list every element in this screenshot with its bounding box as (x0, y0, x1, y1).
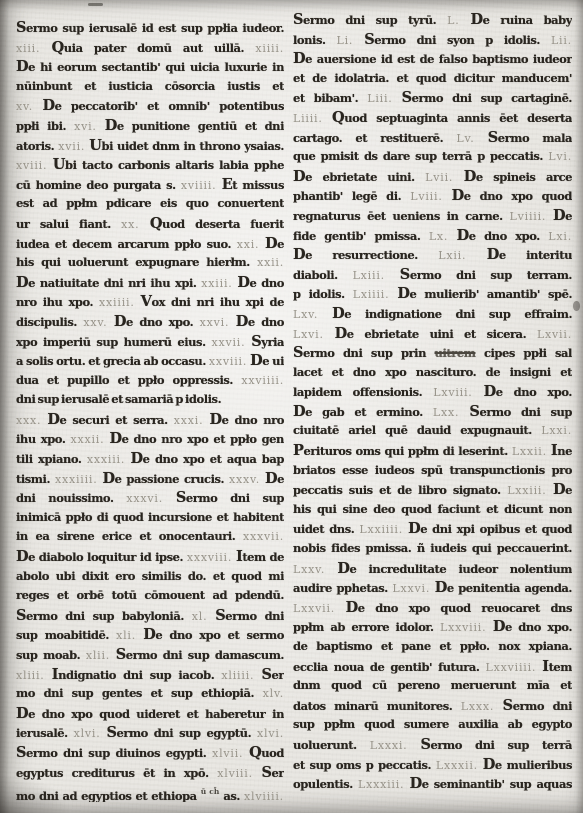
text-line: atoris. xvii. Ubi uidet dnm in throno ys… (16, 136, 284, 156)
text-segment: Indignatio dni sup iacob. (52, 668, 215, 682)
text-segment: Sermo dni sup damascum. (116, 648, 284, 662)
initial-capital: D (487, 246, 499, 263)
text-line: ppłm ab errore idolor. Lxxviii. De dno x… (293, 617, 572, 637)
initial-capital: D (16, 58, 28, 75)
text-line: Perituros oms qui ppłm di leserint. Lxxi… (293, 441, 572, 461)
text-segment: Sermo dni (215, 609, 284, 623)
initial-capital: S (400, 266, 410, 283)
chapter-numeral: xxxvi. (126, 492, 163, 505)
initial-capital: D (493, 618, 505, 635)
initial-capital: D (250, 352, 262, 369)
chapter-numeral: xxx. (16, 414, 41, 427)
text-line: ierusalē. xlvi. Sermo dni sup egyptū. xl… (16, 723, 284, 743)
text-segment: inimicā ppło di quod incursione et habit… (16, 510, 284, 524)
chapter-numeral: Lxxiii. (507, 484, 546, 497)
text-segment: in ea sirene erice et onocentauri. (16, 529, 235, 543)
chapter-numeral: xxvii. (211, 336, 245, 349)
text-line: dni nouissimo. xxxvi. Sermo dni sup baby… (16, 488, 284, 508)
initial-capital: D (16, 274, 28, 291)
initial-capital: D (42, 97, 54, 114)
text-segment: De (553, 483, 572, 497)
text-segment: ciuitatē ariel quē dauid expugnauit. (293, 423, 532, 437)
chapter-numeral: Lxiiii. (353, 288, 390, 301)
text-segment: atoris. (16, 139, 54, 153)
text-segment: sup moabitidē. (16, 628, 109, 642)
initial-capital: D (484, 383, 496, 400)
initial-capital: S (106, 724, 116, 741)
text-line: De ebrietate uini. Lvii. De spineis arce (293, 167, 572, 187)
chapter-numeral: xliiii. (221, 669, 254, 682)
chapter-numeral: L. (447, 14, 459, 27)
initial-capital: D (293, 246, 305, 263)
chapter-numeral: Lxviii. (433, 386, 472, 399)
text-segment: et bibam'. (293, 91, 358, 105)
initial-capital: D (470, 11, 482, 28)
text-segment: Ubi tacto carbonis altaris labia pphe (53, 158, 284, 172)
text-line: ciuitatē ariel quē dauid expugnauit. Lxx… (293, 421, 572, 441)
struck-word: uitrem (435, 346, 476, 360)
text-segment: De dno xpo. (484, 385, 572, 399)
text-segment: Item (542, 660, 572, 674)
chapter-numeral: xxiii. (201, 277, 232, 290)
text-segment: De ebrietate uini. (293, 170, 415, 184)
text-segment: regnaturus ēet ueniens in carne. (293, 209, 503, 223)
text-segment: De passione crucis. (103, 472, 225, 486)
initial-capital: V (141, 293, 152, 310)
chapter-numeral: Lxiii. (353, 269, 385, 282)
text-line: lacet et dno xpo nascituro. de insigni e… (293, 363, 572, 383)
chapter-numeral: Li. (337, 34, 354, 47)
text-segment: ur salui fiant. (16, 217, 111, 231)
text-segment: abolo ubi dixit ero similis do. et quod … (16, 569, 284, 583)
text-segment: phantib' legē di. (293, 189, 401, 203)
text-segment: Sermo dni sup prin (293, 346, 426, 360)
text-segment: Sermo dni sup tyrū. (293, 13, 436, 27)
chapter-numeral: xviii. (16, 159, 47, 172)
chapter-numeral: xxxvii. (243, 530, 284, 543)
text-line: tili xpiano. xxxiii. De dno xpo et aqua … (16, 449, 284, 469)
text-line: Sermo dni sup babyloniā. xl. Sermo dni (16, 606, 284, 626)
chapter-numeral: xlvi. (74, 727, 101, 740)
chapter-numeral: Lxxviiii. (486, 661, 537, 674)
chapter-numeral: Lx. (429, 230, 448, 243)
initial-capital: D (105, 117, 117, 134)
text-segment: Ser (261, 766, 284, 780)
text-segment: que pmisit ds dare sup terrā p peccatis. (293, 149, 543, 163)
text-segment: De dno xpo. (114, 315, 193, 329)
chapter-numeral: xl. (192, 610, 208, 623)
initial-capital: D (47, 411, 59, 428)
text-line: datos minarū munitores. Lxxx. Sermo dni (293, 696, 572, 716)
chapter-numeral: xv. (16, 100, 33, 113)
initial-capital: D (237, 274, 249, 291)
text-line: briatos esse iudeos spū transpunctionis … (293, 461, 572, 481)
text-segment: uidet dns. (293, 522, 354, 536)
initial-capital: D (553, 207, 565, 224)
chapter-numeral: Lvi. (548, 150, 572, 163)
initial-capital: D (143, 626, 155, 643)
text-line: sup moabitidē. xli. De dno xpo et sermo (16, 625, 284, 645)
text-segment: fide gentib' pmissa. (293, 229, 420, 243)
text-line: xpo imperiū sup humerū eius. xxvii. Syri… (16, 332, 284, 352)
chapter-numeral: Lvii. (425, 171, 453, 184)
text-segment: De dno nro xpo et ppło gen (109, 432, 284, 446)
initial-capital: S (488, 129, 498, 146)
text-segment: De dno xpo quod uideret et haberetur in (16, 707, 284, 721)
text-line: et sup oms p peccatis. Lxxxii. De mulier… (293, 755, 572, 775)
text-segment: ecclia noua de gentib' futura. (293, 660, 479, 674)
initial-capital: D (335, 325, 347, 342)
text-segment: diaboli. (293, 268, 338, 282)
text-segment: ierusalē. (16, 726, 68, 740)
initial-capital: S (402, 89, 412, 106)
initial-capital: S (176, 489, 186, 506)
text-segment: lapidem offensionis. (293, 385, 422, 399)
chapter-numeral: xxviii. (209, 355, 247, 368)
scan-artifact (88, 3, 103, 6)
text-segment: De ruina baby (470, 13, 572, 27)
text-line: dua et pupillo et ppło oppressis. xxviii… (16, 371, 284, 391)
initial-capital: S (251, 333, 261, 350)
text-line: in ea sirene erice et onocentauri. xxxvi… (16, 527, 284, 547)
chapter-numeral: Lxxx. (461, 700, 494, 713)
text-line: reges et orbē totū cōmouent ad pdendū. x… (16, 586, 284, 606)
text-line: Lxv. De indignatione dni sup effraim. (293, 304, 572, 324)
chapter-numeral: xxxv. (229, 473, 260, 486)
initial-capital: S (16, 607, 26, 624)
text-line: audire pphetas. Lxxvi. De penitentia age… (293, 578, 572, 598)
text-segment: as. (223, 789, 240, 802)
text-line: lapidem offensionis. Lxviii. De dno xpo.… (293, 382, 572, 402)
text-line: Sermo sup ierusalē id est sup ppłia iude… (16, 18, 284, 38)
initial-capital: S (293, 11, 303, 28)
text-segment: De dno nro (209, 413, 284, 427)
text-line: lonis. Li. Sermo dni syon p idolis. Lii. (293, 30, 572, 50)
scan-artifact (0, 0, 11, 813)
initial-capital: D (457, 227, 469, 244)
initial-capital: D (293, 168, 305, 185)
text-line: Lxxv. De incredulitate iudeor nolentium (293, 559, 572, 579)
initial-capital: U (53, 156, 65, 173)
chapter-numeral: Lxxxiii. (358, 778, 404, 791)
text-segment: De indignatione dni sup effraim. (332, 307, 572, 321)
text-line: ecclia noua de gentib' futura. Lxxviiii.… (293, 657, 572, 677)
initial-capital: D (109, 430, 121, 447)
text-segment: nro ihu xpo. (16, 295, 93, 309)
text-segment: est ad ppłm pdicare eis quo conuertent (16, 196, 284, 210)
chapter-numeral: Lxxvi. (392, 582, 430, 595)
text-segment: et de idolatria. et quod dicitur manduce… (293, 71, 572, 85)
text-segment: p idolis. (293, 287, 345, 301)
chapter-numeral: Liiii. (293, 112, 323, 125)
initial-capital: D (114, 313, 126, 330)
chapter-numeral: Lxii. (438, 249, 466, 262)
initial-capital: Q (150, 215, 162, 232)
text-line: fide gentib' pmissa. Lx. De dno xpo. Lxi… (293, 226, 572, 246)
text-segment: his qui uoluerunt expugnare hierłm. (16, 255, 250, 269)
chapter-numeral: xvii. (58, 140, 85, 153)
initial-capital: S (261, 666, 271, 683)
text-line: diaboli. Lxiii. Sermo dni sup terram. (293, 265, 572, 285)
text-segment: De securi et serra. (47, 413, 167, 427)
text-segment: Sermo dni syon p idolis. (364, 33, 540, 47)
initial-capital: D (209, 411, 221, 428)
text-line: De resurrectione. Lxii. De interitu (293, 245, 572, 265)
text-segment: de baptismo et pane et ppło. nox xpiana. (293, 639, 572, 653)
text-line: De gab et ermino. Lxx. Sermo dni sup (293, 402, 572, 422)
chapter-numeral: Lxxv. (293, 563, 325, 576)
initial-capital: Q (332, 109, 344, 126)
text-segment: De dno xpo et sermo (143, 628, 284, 642)
text-segment: Quod septuaginta annis ēet deserta (332, 111, 572, 125)
text-segment: De gab et ermino. (293, 405, 423, 419)
initial-capital: D (553, 481, 565, 498)
initial-capital: S (469, 403, 479, 420)
chapter-numeral: xxi. (237, 238, 260, 251)
text-line: De auersione id est de falso baptismo iu… (293, 49, 572, 69)
text-line: his qui uoluerunt expugnare hierłm. xxii… (16, 253, 284, 273)
chapter-numeral: xlvii. (212, 747, 243, 760)
text-line: inimicā ppło di quod incursione et habit… (16, 508, 284, 528)
text-segment: Sermo dni sup babyloniā. (16, 609, 184, 623)
text-line: nro ihu xpo. xxiiii. Vox dni nri ihu xpi… (16, 292, 284, 312)
text-line: tismi. xxxiiii. De passione crucis. xxxv… (16, 469, 284, 489)
text-line: xviii. Ubi tacto carbonis altaris labia … (16, 155, 284, 175)
text-line: ihu xpo. xxxii. De dno nro xpo et ppło g… (16, 429, 284, 449)
initial-capital: I (236, 548, 242, 565)
initial-capital: D (397, 285, 409, 302)
initial-capital: D (346, 599, 358, 616)
text-line: discipulis. xxv. De dno xpo. xxvi. De dn… (16, 312, 284, 332)
text-segment: Sermo dni (503, 699, 572, 713)
chapter-numeral: xx. (121, 218, 139, 231)
text-segment: De spineis arce (464, 170, 572, 184)
chapter-numeral: xiiii. (255, 42, 284, 55)
initial-capital: D (483, 756, 495, 773)
chapter-numeral: xxxviii. (187, 551, 232, 564)
text-line: cū homine deo purgata s. xviiii. Et miss… (16, 175, 284, 195)
text-line: Lxvi. De ebrietate uini et sicera. Lxvii… (293, 324, 572, 344)
text-segment: et sup oms p peccatis. (293, 758, 431, 772)
text-segment: De peccatorib' et omnib' potentibus (42, 99, 284, 113)
chapter-numeral: xlii. (86, 649, 110, 662)
initial-capital: E (222, 176, 233, 193)
text-segment: De dno xpo. (493, 620, 572, 634)
chapter-numeral: Liii. (367, 92, 392, 105)
text-segment: tili xpiano. (16, 452, 81, 466)
text-segment: uoluerunt. (293, 738, 357, 752)
text-segment: cū homine deo purgata s. (16, 178, 176, 192)
chapter-numeral: Lviiii. (510, 210, 547, 223)
chapter-numeral: xlv. (263, 687, 284, 700)
text-line: xliii. Indignatio dni sup iacob. xliiii.… (16, 665, 284, 685)
text-segment: De interitu (487, 248, 572, 262)
text-line: uoluerunt. Lxxxi. Sermo dni sup terrā (293, 735, 572, 755)
text-line: his qui sine deo quod faciunt et dicunt … (293, 500, 572, 520)
initial-capital: S (421, 736, 431, 753)
chapter-numeral: xxii. (257, 256, 284, 269)
initial-capital: D (410, 775, 422, 792)
text-segment: nūinbunt et iusticia cōsorcia iustis et … (16, 79, 284, 97)
chapter-numeral: xxxii. (70, 433, 104, 446)
chapter-numeral: xlviiii. (244, 790, 284, 802)
text-segment: De dno (237, 276, 284, 290)
text-line: nūinbunt et iusticia cōsorcia iustis et … (16, 77, 284, 97)
text-segment: mo dni ad egyptios et ethiopa (16, 789, 197, 802)
text-line: uidet dns. Lxxiiii. De dni xpi opibus et… (293, 519, 572, 539)
text-line: Sermo dni sup tyrū. L. De ruina baby (293, 10, 572, 30)
text-segment: xpo imperiū sup humerū eius. (16, 335, 206, 349)
text-segment: Sermo dni sup terrā (421, 738, 572, 752)
initial-capital: D (452, 187, 464, 204)
text-segment: De diabolo loquitur id ipse. (16, 550, 183, 564)
text-line: sup moab. xlii. Sermo dni sup damascum. (16, 645, 284, 665)
text-segment: De (553, 209, 572, 223)
text-line: De dno xpo quod uideret et haberetur in (16, 704, 284, 724)
text-line: ppłi ibi. xvi. De punitione gentiū et dn… (16, 116, 284, 136)
text-line: phantib' legē di. Lviii. De dno xpo quod (293, 186, 572, 206)
text-line: dnm quod cū pereno meruerunt mīa et (293, 676, 572, 696)
chapter-numeral: xxxiii. (87, 453, 125, 466)
text-segment: ppłm ab errore idolor. (293, 620, 434, 634)
text-segment: discipulis. (16, 315, 77, 329)
chapter-numeral: xxv. (83, 316, 107, 329)
text-line: est ad ppłm pdicare eis quo conuertent (16, 194, 284, 214)
text-segment: Sermo dni sup terram. (400, 268, 572, 282)
initial-capital: Q (249, 744, 261, 761)
text-segment: dni sup ierusalē et samariā p idolis. (16, 392, 221, 406)
text-segment: opulentis. (293, 777, 353, 791)
text-segment: De penitentia agenda. (435, 581, 572, 595)
text-segment: De dni xpi opibus et quod (408, 522, 572, 536)
initial-capital: D (236, 313, 248, 330)
text-segment: Sermo dni sup (469, 405, 572, 419)
text-line: et bibam'. Liii. Sermo dni sup cartaginē… (293, 88, 572, 108)
manuscript-page: Sermo sup ierusalē id est sup ppłia iude… (0, 0, 583, 813)
chapter-numeral: xxiiii. (99, 296, 135, 309)
text-segment: Quod deserta fuerit (150, 217, 284, 231)
text-segment: Syria (251, 335, 284, 349)
text-line: que pmisit ds dare sup terrā p peccatis.… (293, 147, 572, 167)
text-segment: Perituros oms qui ppłm di leserint. (293, 444, 508, 458)
text-segment: Sermo dni sup egyptū. (106, 726, 251, 740)
chapter-numeral: Lxv. (293, 308, 318, 321)
text-line: opulentis. Lxxxiii. De seminantib' sup a… (293, 774, 572, 794)
text-segment: De dno (236, 315, 284, 329)
left-column: Sermo sup ierusalē id est sup ppłia iude… (16, 18, 284, 802)
text-segment: De hi eorum sectantib' qui uicia luxurie… (16, 60, 284, 74)
text-segment: reges et orbē totū cōmouent ad pdendū. (16, 588, 284, 602)
initial-capital: S (364, 31, 374, 48)
text-segment: dnm quod cū pereno meruerunt mīa et (293, 678, 572, 692)
text-line: De natiuitate dni nri ihu xpi. xxiii. De… (16, 273, 284, 293)
chapter-numeral: xli. (116, 629, 136, 642)
initial-capital: D (16, 705, 28, 722)
text-segment: De mulieribus (483, 758, 572, 772)
text-line: xiii. Quia pater domū aut uillā. xiiii. (16, 38, 284, 58)
initial-capital: S (116, 646, 126, 663)
text-segment: his qui sine deo quod faciunt et dicunt … (293, 502, 572, 516)
scan-artifact (0, 0, 583, 10)
text-line: iudea et decem arcarum ppło suo. xxi. De (16, 234, 284, 254)
scan-artifact (575, 0, 583, 813)
text-line: De hi eorum sectantib' qui uicia luxurie… (16, 57, 284, 77)
initial-capital: S (293, 344, 303, 361)
text-line: ur salui fiant. xx. Quod deserta fuerit (16, 214, 284, 234)
initial-capital: Q (52, 39, 64, 56)
initial-capital: D (435, 579, 447, 596)
text-line: De diabolo loquitur id ipse. xxxviii. It… (16, 547, 284, 567)
initial-capital: D (293, 50, 305, 67)
text-segment: Sermo mala (488, 131, 572, 145)
text-segment: cartago. et restituerē. (293, 131, 443, 145)
text-segment: peccatis suis et de libro signato. (293, 483, 501, 497)
chapter-numeral: xliii. (16, 669, 45, 682)
text-segment: iudea et decem arcarum ppło suo. (16, 237, 231, 251)
text-segment: De natiuitate dni nri ihu xpi. (16, 276, 196, 290)
text-segment: De seminantib' sup aquas (410, 777, 572, 791)
text-segment: mo dni sup gentes et sup ethiopiā. (16, 686, 254, 700)
text-segment: De ui (250, 354, 284, 368)
text-line: Sermo dni sup diuinos egypti. xlvii. Quo… (16, 743, 284, 763)
initial-capital: I (542, 658, 548, 675)
chapter-numeral: Lxxiiii. (359, 523, 403, 536)
chapter-numeral: xviiii. (181, 179, 217, 192)
initial-capital: D (293, 403, 305, 420)
text-segment: tismi. (16, 472, 50, 486)
initial-capital: S (503, 697, 513, 714)
chapter-numeral: xlviii. (217, 767, 253, 780)
initial-capital: D (408, 520, 420, 537)
text-segment: dua et pupillo et ppło oppressis. (16, 373, 233, 387)
initial-capital: I (551, 442, 557, 459)
chapter-numeral: Lxxviii. (440, 621, 486, 634)
initial-capital: S (215, 607, 225, 624)
text-segment: Quia pater domū aut uillā. (52, 41, 245, 55)
right-column: Sermo dni sup tyrū. L. De ruina babyloni… (293, 10, 572, 794)
text-segment: ihu xpo. (16, 432, 65, 446)
chapter-numeral: Lii. (551, 34, 572, 47)
text-line: xv. De peccatorib' et omnib' potentibus (16, 96, 284, 116)
text-segment: dni nouissimo. (16, 491, 114, 505)
text-segment: sup ppłm quod sumere auxilia ab egypto (293, 717, 572, 731)
text-line: p idolis. Lxiiii. De mulierib' amantib' … (293, 284, 572, 304)
text-segment: Quod (249, 746, 284, 760)
text-line: abolo ubi dixit ero similis do. et quod … (16, 567, 284, 587)
text-line: sup ppłm quod sumere auxilia ab egypto (293, 715, 572, 735)
initial-capital: D (265, 470, 277, 487)
text-segment: De dno xpo. (457, 229, 540, 243)
text-segment: a solis ortu. et grecia ab occasu. (16, 354, 206, 368)
initial-capital: I (52, 666, 58, 683)
initial-capital: D (16, 548, 28, 565)
initial-capital: S (16, 744, 26, 761)
text-segment: De auersione id est de falso baptismo iu… (293, 52, 572, 66)
text-line: egyptus crediturus ēt in xpō. xlviii. Se… (16, 763, 284, 783)
chapter-numeral: xvi. (74, 120, 97, 133)
chapter-numeral: xlvi. (257, 727, 284, 740)
text-line: mo dni ad egyptios et ethiopa ū ch̄ as. … (16, 782, 284, 802)
text-line: xxx. De securi et serra. xxxi. De dno nr… (16, 410, 284, 430)
chapter-numeral: Lxx. (433, 406, 459, 419)
initial-capital: P (293, 442, 303, 459)
text-segment: Sermo sup ierusalē id est sup ppłia iude… (16, 21, 284, 35)
initial-capital: D (131, 450, 143, 467)
interlinear-insertion: ū ch̄ (201, 787, 220, 796)
text-segment: Sermo dni sup diuinos egypti. (16, 746, 206, 760)
chapter-numeral: xxxiiii. (55, 473, 98, 486)
chapter-numeral: Lxxxi. (370, 739, 408, 752)
